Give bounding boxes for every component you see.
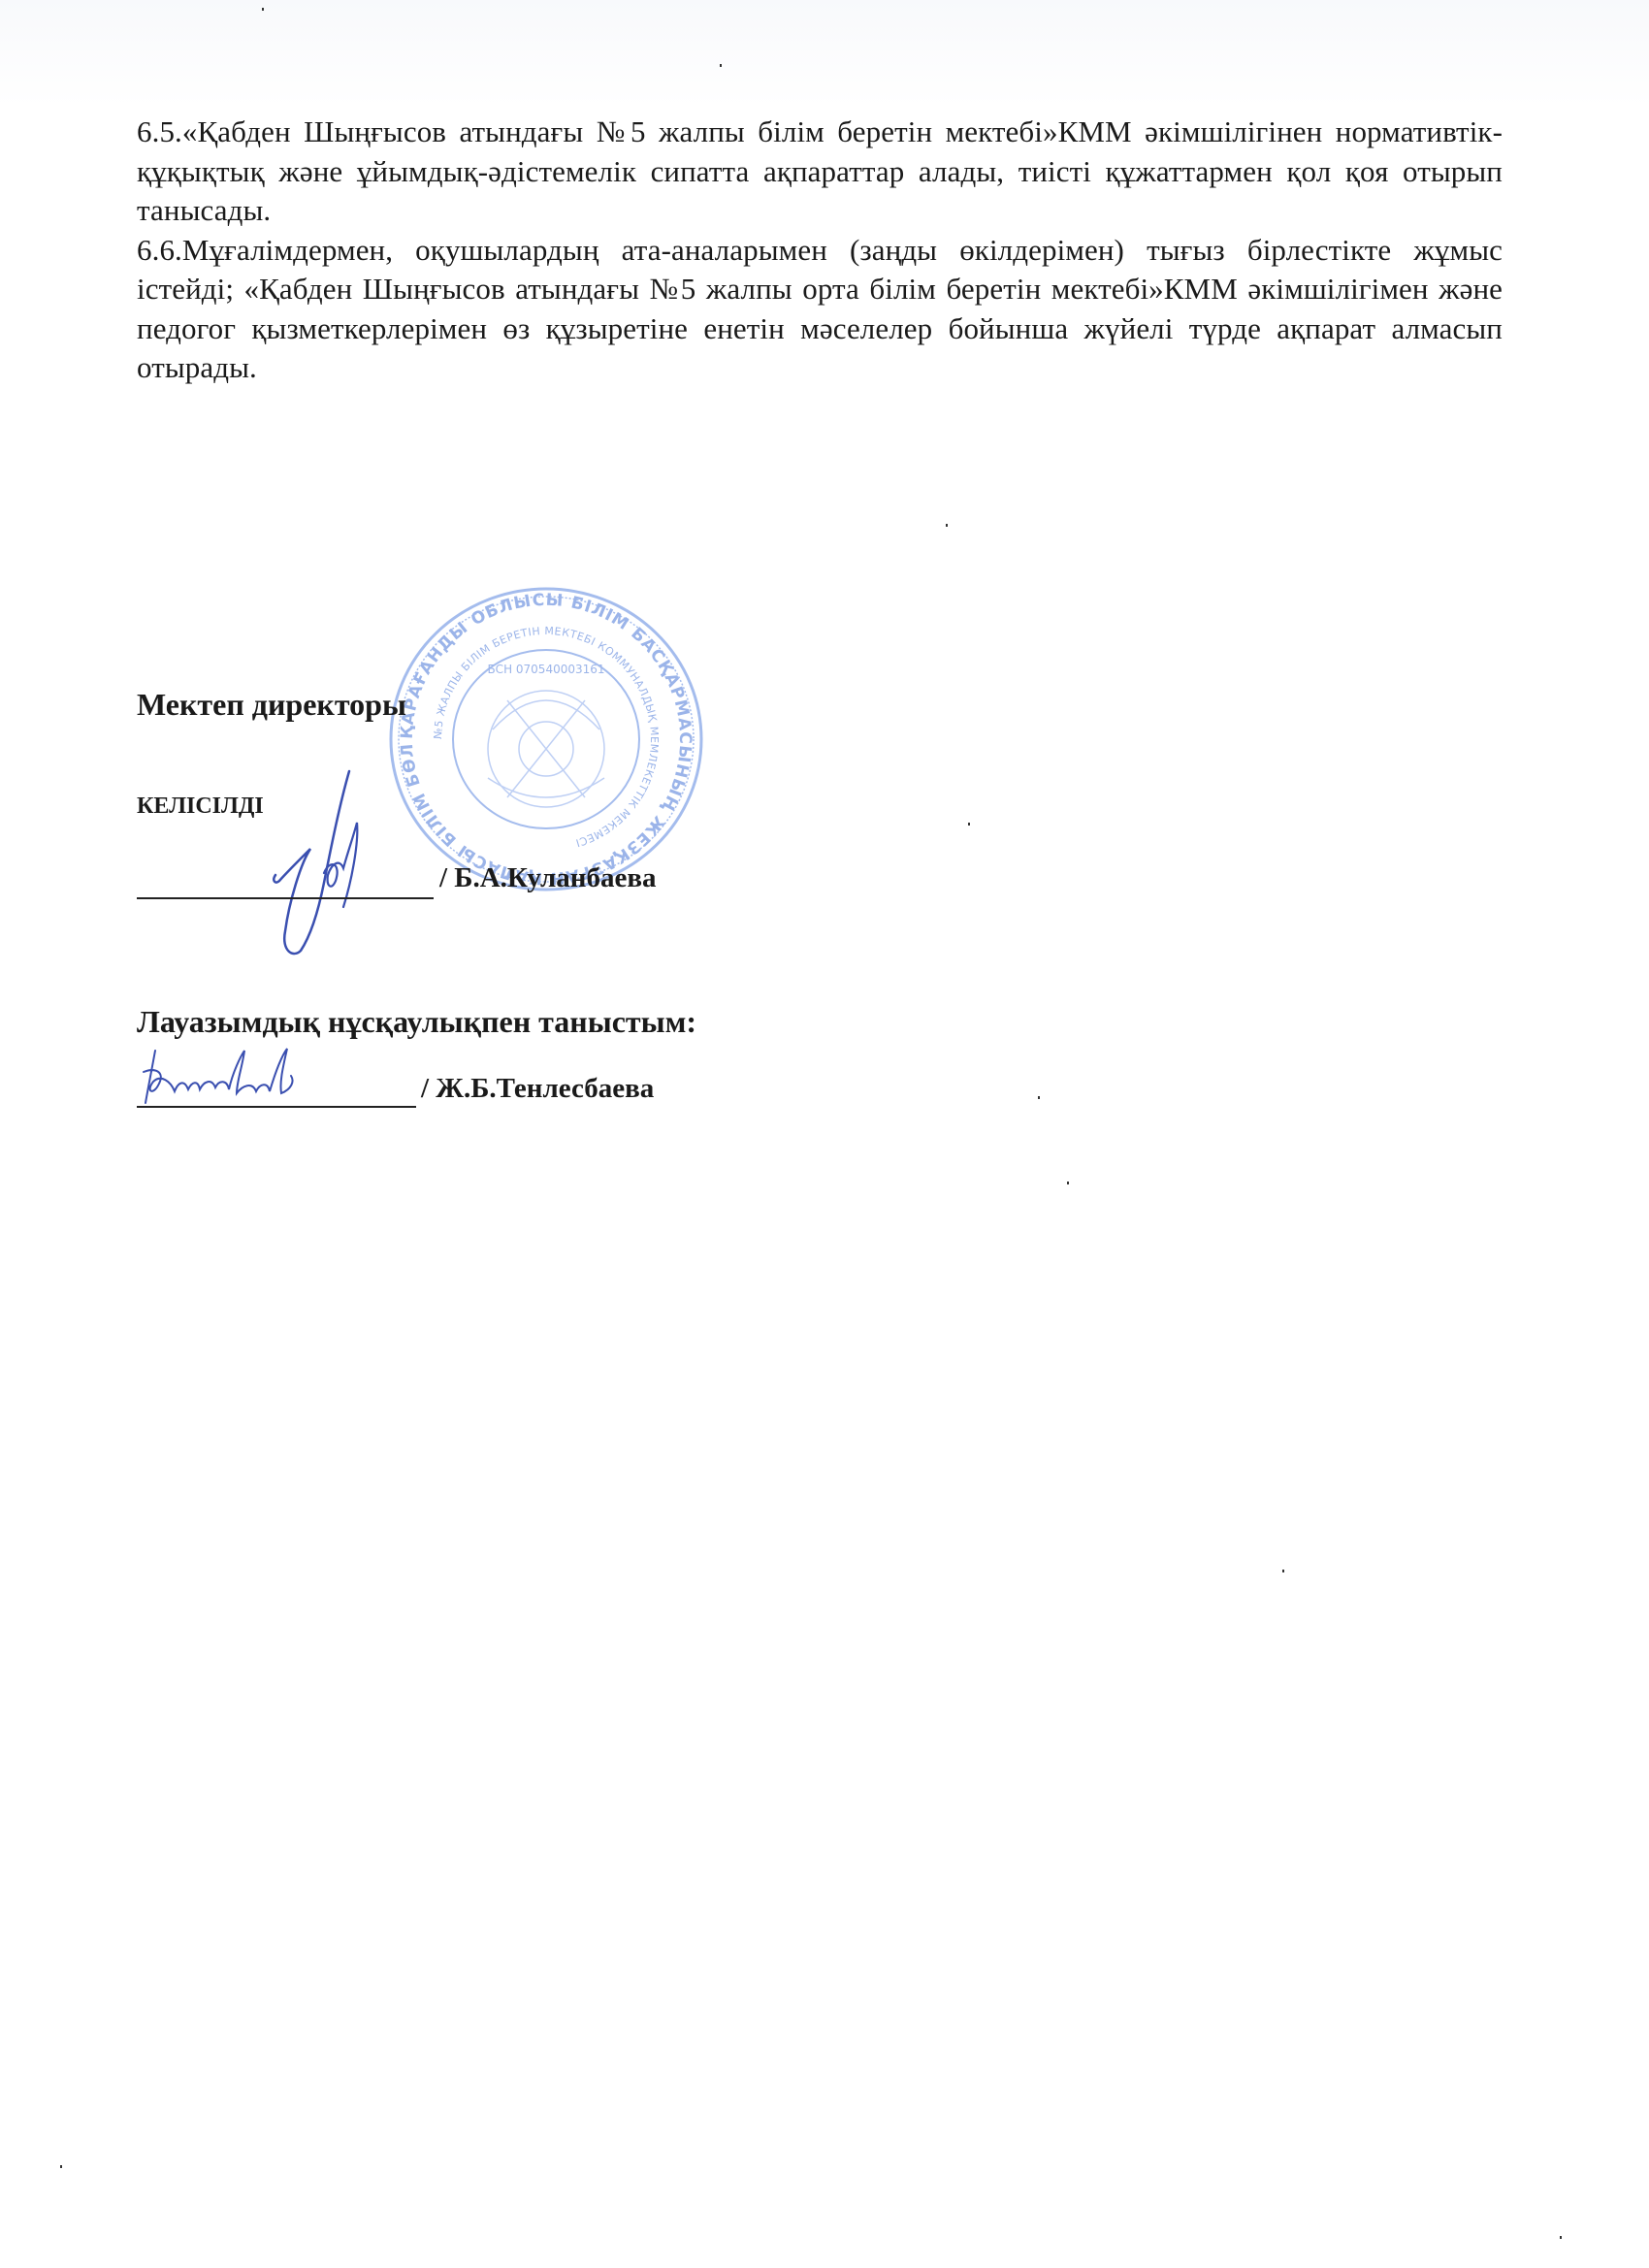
scan-speck <box>968 823 970 826</box>
scan-speck <box>1067 1182 1069 1184</box>
paragraph-6-5: 6.5.«Қабден Шыңғысов атындағы №5 жалпы б… <box>137 113 1503 231</box>
acknowledgement-label: Лауазымдық нұсқаулықпен таныстым: <box>137 1004 696 1040</box>
svg-text:БСН 070540003161: БСН 070540003161 <box>487 663 604 676</box>
official-stamp-icon: ҚАРАҒАНДЫ ОБЛЫСЫ БІЛІМ БАСҚАРМАСЫНЫҢ ЖЕЗ… <box>386 584 706 894</box>
paragraph-6-6: 6.6.Мұғалімдермен, оқушылардың ата-анала… <box>137 231 1503 388</box>
employee-name: / Ж.Б.Тенлесбаева <box>421 1073 654 1105</box>
director-signature-icon <box>242 766 388 960</box>
document-body: 6.5.«Қабден Шыңғысов атындағы №5 жалпы б… <box>137 113 1503 388</box>
employee-signature-line <box>137 1106 416 1108</box>
director-signature-line <box>137 897 434 899</box>
scan-speck <box>1038 1096 1040 1099</box>
employee-signature-icon <box>136 1043 339 1111</box>
scan-speck <box>60 2165 62 2168</box>
svg-text:№5 ЖАЛПЫ БІЛІМ БЕРЕТІН МЕКТЕБІ: №5 ЖАЛПЫ БІЛІМ БЕРЕТІН МЕКТЕБІ КОММУНАЛД… <box>432 625 661 850</box>
scan-speck <box>720 64 722 67</box>
scan-speck <box>946 524 948 527</box>
director-name: / Б.А.Куланбаева <box>439 862 657 894</box>
scan-speck <box>1560 2236 1562 2239</box>
scan-artifact <box>0 0 1649 107</box>
scan-speck <box>1282 1570 1284 1572</box>
director-title: Мектеп директоры <box>137 687 406 723</box>
scan-speck <box>262 8 264 11</box>
